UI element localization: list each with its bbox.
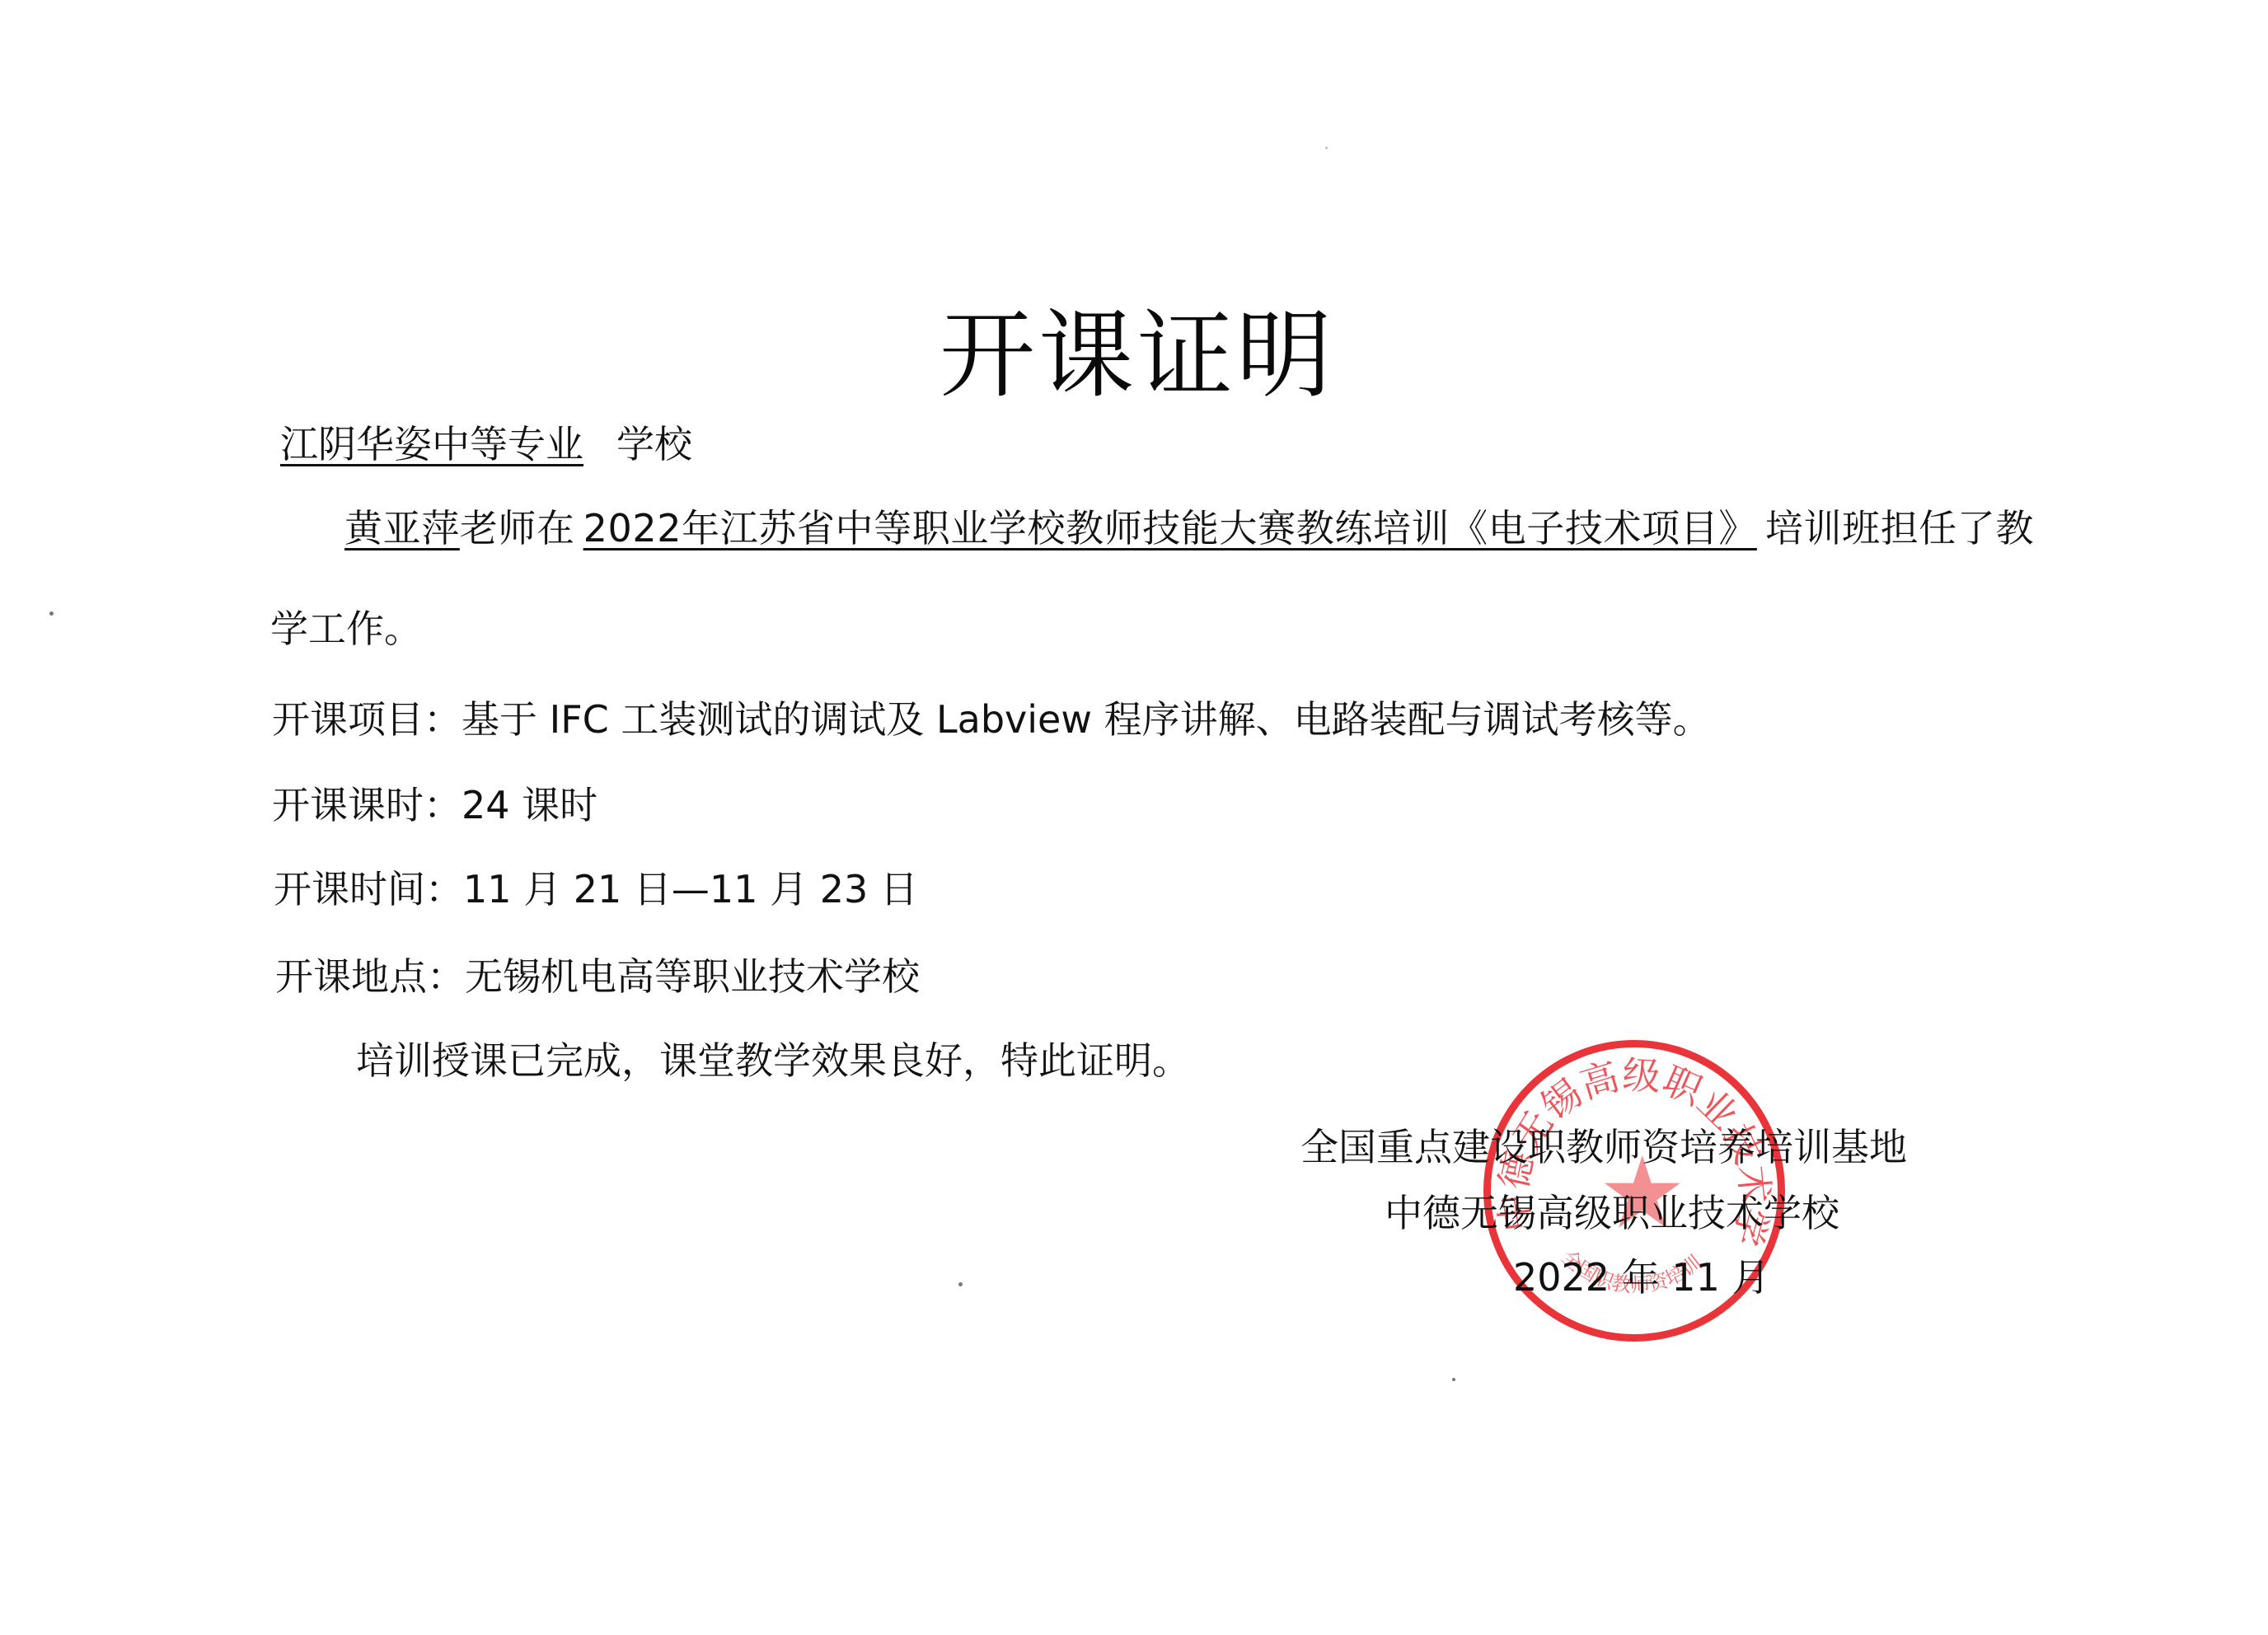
field-dates: 开课时间：11 月 21 日—11 月 23 日 (274, 870, 918, 908)
field-label: 开课地点： (275, 954, 465, 999)
course-name: 2022年江苏省中等职业学校教师技能大赛教练培训《电子技术项目》 (583, 506, 1757, 550)
signature-date: 2022 年 11 月 (1513, 1248, 1769, 1302)
field-value: 24 课时 (462, 783, 597, 827)
signature-institution: 全国重点建设职教师资培养培训基地 (1300, 1117, 1907, 1172)
field-hours: 开课课时：24 课时 (272, 786, 597, 824)
scan-speck (958, 1282, 963, 1286)
recipient-school-suffix: 学校 (616, 422, 692, 466)
scan-speck (49, 611, 54, 616)
course-suffix: 培训班担任了教 (1765, 506, 2034, 550)
field-location: 开课地点：无锡机电高等职业技术学校 (275, 958, 920, 996)
scan-speck (1325, 147, 1328, 149)
field-label: 开课时间： (274, 867, 463, 911)
field-label: 开课课时： (272, 783, 462, 827)
field-value: 基于 IFC 工装测试的调试及 Labview 程序讲解、电路装配与调试考核等。 (462, 697, 1711, 742)
recipient-school-line: 江阴华姿中等专业学校 (265, 425, 692, 463)
closing-statement: 培训授课已完成，课堂教学效果良好，特此证明。 (356, 1042, 1190, 1080)
scan-speck (1452, 1378, 1455, 1381)
field-project: 开课项目：基于 IFC 工装测试的调试及 Labview 程序讲解、电路装配与调… (272, 700, 1711, 738)
field-label: 开课项目： (272, 697, 462, 742)
intro-continuation: 学工作。 (270, 610, 422, 648)
recipient-school-name: 江阴华姿中等专业 (265, 422, 616, 466)
teacher-suffix: 老师在 (460, 506, 575, 550)
document-title: 开课证明 (940, 279, 1335, 416)
signature-school: 中德无锡高级职业技术学校 (1385, 1183, 1839, 1238)
field-value: 无锡机电高等职业技术学校 (465, 954, 920, 999)
field-value: 11 月 21 日—11 月 23 日 (463, 867, 918, 911)
intro-line: 黄亚萍老师在2022年江苏省中等职业学校教师技能大赛教练培训《电子技术项目》培训… (344, 509, 2034, 547)
teacher-name: 黄亚萍 (344, 506, 460, 550)
